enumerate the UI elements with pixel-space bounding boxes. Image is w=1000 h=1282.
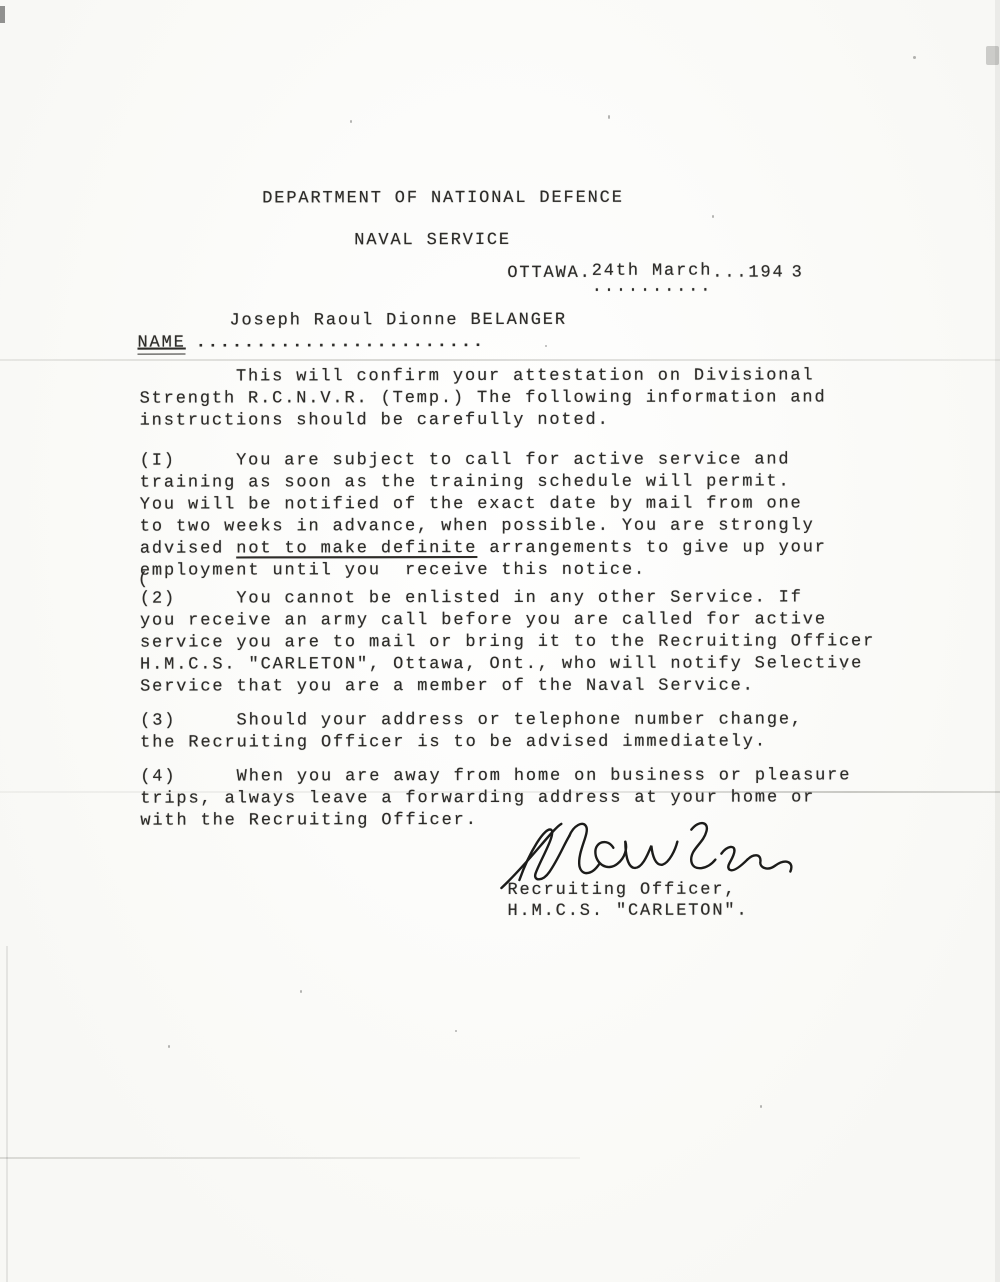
dotted-line: ........................ [196, 333, 485, 353]
body-line: service you are to mail or bring it to t… [140, 631, 875, 654]
body-line: Service that you are a member of the Nav… [140, 675, 875, 698]
name-label: NAME [137, 334, 185, 355]
body-line: This will confirm your attestation on Di… [140, 365, 827, 388]
body-text: advised [140, 539, 236, 558]
name-value: Joseph Raoul Dionne BELANGER [229, 310, 566, 333]
dateline: OTTAWA.24th March.............1943 [507, 262, 803, 285]
body-line: H.M.C.S. "CARLETON", Ottawa, Ont., who w… [140, 653, 875, 676]
department-title: DEPARTMENT OF NATIONAL DEFENCE [262, 188, 624, 211]
body-line: (4) When you are away from home on busin… [140, 765, 851, 788]
service-title: NAVAL SERVICE [354, 230, 511, 252]
date-fill-field: 24th March.......... [592, 263, 713, 285]
dotted-line: .......... [592, 283, 713, 293]
body-text: arrangements to give up your [477, 538, 827, 558]
body-line: You will be notified of the exact date b… [140, 493, 827, 516]
scanned-letter-page: DEPARTMENT OF NATIONAL DEFENCE NAVAL SER… [0, 0, 1000, 1282]
body-line: employment until you receive this notice… [140, 559, 827, 582]
name-field: Joseph Raoul Dionne BELANGER NAME.......… [137, 310, 567, 355]
typed-year-digit: 3 [792, 263, 804, 282]
body-line: (3) Should your address or telephone num… [140, 709, 803, 732]
year-prefix: ...194 [712, 264, 784, 283]
paragraph-item-1: (I) You are subject to call for active s… [140, 449, 827, 582]
body-line: (I) You are subject to call for active s… [140, 449, 827, 472]
body-line: to two weeks in advance, when possible. … [140, 515, 827, 538]
body-line: instructions should be carefully noted. [140, 409, 827, 432]
body-line: trips, always leave a forwarding address… [140, 787, 851, 810]
name-row: NAME........................ [137, 332, 566, 355]
paragraph-item-3: (3) Should your address or telephone num… [140, 709, 803, 754]
underlined-phrase: not to make definite [236, 539, 477, 558]
intro-paragraph: This will confirm your attestation on Di… [140, 365, 827, 432]
body-line: the Recruiting Officer is to be advised … [140, 731, 803, 754]
paragraph-item-2: (2) You cannot be enlisted in any other … [140, 587, 875, 698]
body-line: (2) You cannot be enlisted in any other … [140, 587, 875, 610]
signature-unit: H.M.C.S. "CARLETON". [507, 901, 748, 923]
letter-content: DEPARTMENT OF NATIONAL DEFENCE NAVAL SER… [0, 0, 1000, 1282]
body-line: Strength R.C.N.V.R. (Temp.) The followin… [140, 387, 827, 410]
dateline-city: OTTAWA. [507, 264, 591, 283]
body-line-with-underline: advised not to make definite arrangement… [140, 537, 827, 560]
body-line: training as soon as the training schedul… [140, 471, 827, 494]
handwritten-signature [495, 817, 795, 896]
body-line: you receive an army call before you are … [140, 609, 875, 632]
